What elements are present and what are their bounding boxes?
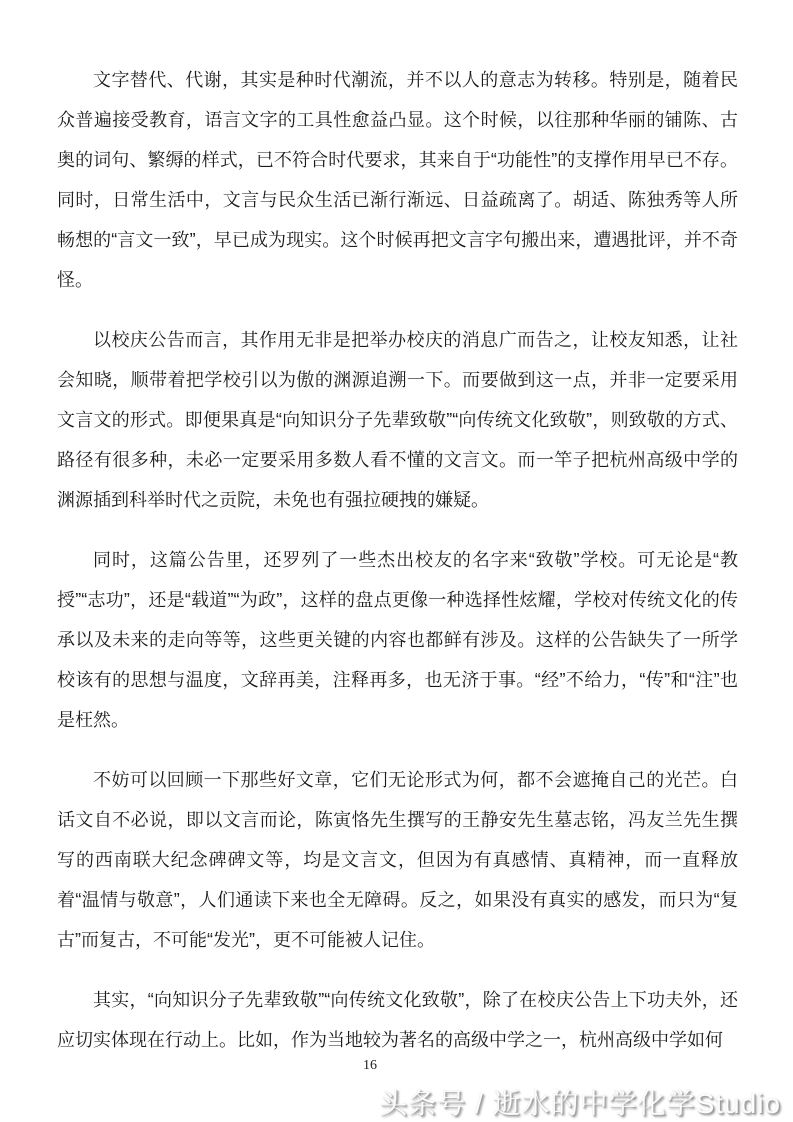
paragraph-5: 其实，“向知识分子先辈致敬”“向传统文化致敬”，除了在校庆公告上下功夫外，还应切… <box>57 980 738 1060</box>
paragraph-4: 不妨可以回顾一下那些好文章，它们无论形式为何，都不会遮掩自己的光芒。白话文自不必… <box>57 760 738 960</box>
paragraph-3: 同时，这篇公告里，还罗列了一些杰出校友的名字来“致敬”学校。可无论是“教授”“志… <box>57 540 738 740</box>
article-body: 文字替代、代谢，其实是种时代潮流，并不以人的意志为转移。特别是，随着民众普遍接受… <box>57 60 738 1080</box>
page-number: 16 <box>0 1058 740 1074</box>
paragraph-1: 文字替代、代谢，其实是种时代潮流，并不以人的意志为转移。特别是，随着民众普遍接受… <box>57 60 738 300</box>
watermark: 头条号 / 逝水的中学化学Studio <box>379 1082 781 1122</box>
paragraph-2: 以校庆公告而言，其作用无非是把举办校庆的消息广而告之，让校友知悉，让社会知晓，顺… <box>57 320 738 520</box>
document-page: 文字替代、代谢，其实是种时代潮流，并不以人的意志为转移。特别是，随着民众普遍接受… <box>0 0 793 1122</box>
